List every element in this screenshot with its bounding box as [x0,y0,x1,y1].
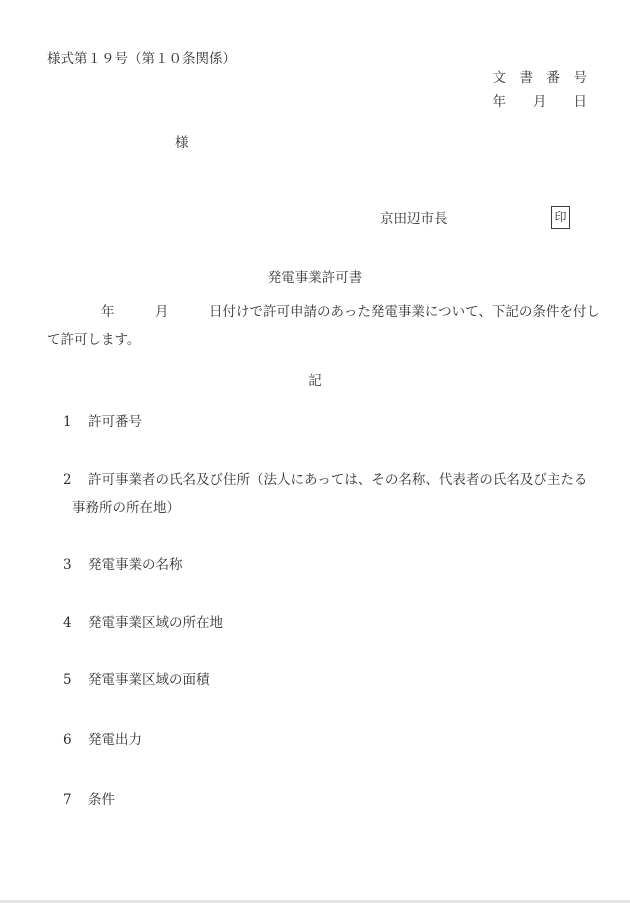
doc-number-label: 文 書 番 号 [493,66,588,90]
seal-stamp: 印 [551,206,570,229]
issuer-name: 京田辺市長 [380,209,448,229]
item-2-label: 許可事業者の氏名及び住所（法人にあっては、その名称、代表者の氏名及び主たる [88,472,587,488]
item-5-number: 5 [63,670,88,690]
item-5-label: 発電事業区域の面積 [88,672,210,688]
item-1-label: 許可番号 [88,414,142,430]
item-1-number: 1 [63,412,88,432]
permit-document-page: { "document": { "form_number": "様式第１９号（第… [0,0,630,903]
list-item-5: 5発電事業区域の面積 [63,670,210,690]
header-right-block: 文 書 番 号 年 月 日 [493,66,588,114]
item-7-label: 条件 [88,792,115,808]
item-3-label: 発電事業の名称 [88,557,183,573]
list-item-6: 6発電出力 [63,730,142,750]
body-paragraph-line-1: 年 月 日付けで許可申請のあった発電事業について、下記の条件を付し [47,302,600,322]
list-item-4: 4発電事業区域の所在地 [63,613,223,633]
list-item-7: 7条件 [63,790,115,810]
item-7-number: 7 [63,790,88,810]
list-item-2: 2許可事業者の氏名及び住所（法人にあっては、その名称、代表者の氏名及び主たる [63,470,587,490]
record-marker: 記 [0,371,630,391]
body-paragraph-line-2: て許可します。 [47,330,140,350]
form-number: 様式第１９号（第１０条関係） [47,49,236,69]
list-item-2-continuation: 事務所の所在地） [72,498,180,518]
item-4-number: 4 [63,613,88,633]
item-6-label: 発電出力 [88,732,142,748]
list-item-3: 3発電事業の名称 [63,555,183,575]
list-item-1: 1許可番号 [63,412,142,432]
addressee-suffix: 様 [175,133,189,153]
item-6-number: 6 [63,730,88,750]
item-2-number: 2 [63,470,88,490]
item-4-label: 発電事業区域の所在地 [88,615,223,631]
date-line: 年 月 日 [493,90,588,114]
document-title: 発電事業許可書 [0,268,630,288]
item-3-number: 3 [63,555,88,575]
